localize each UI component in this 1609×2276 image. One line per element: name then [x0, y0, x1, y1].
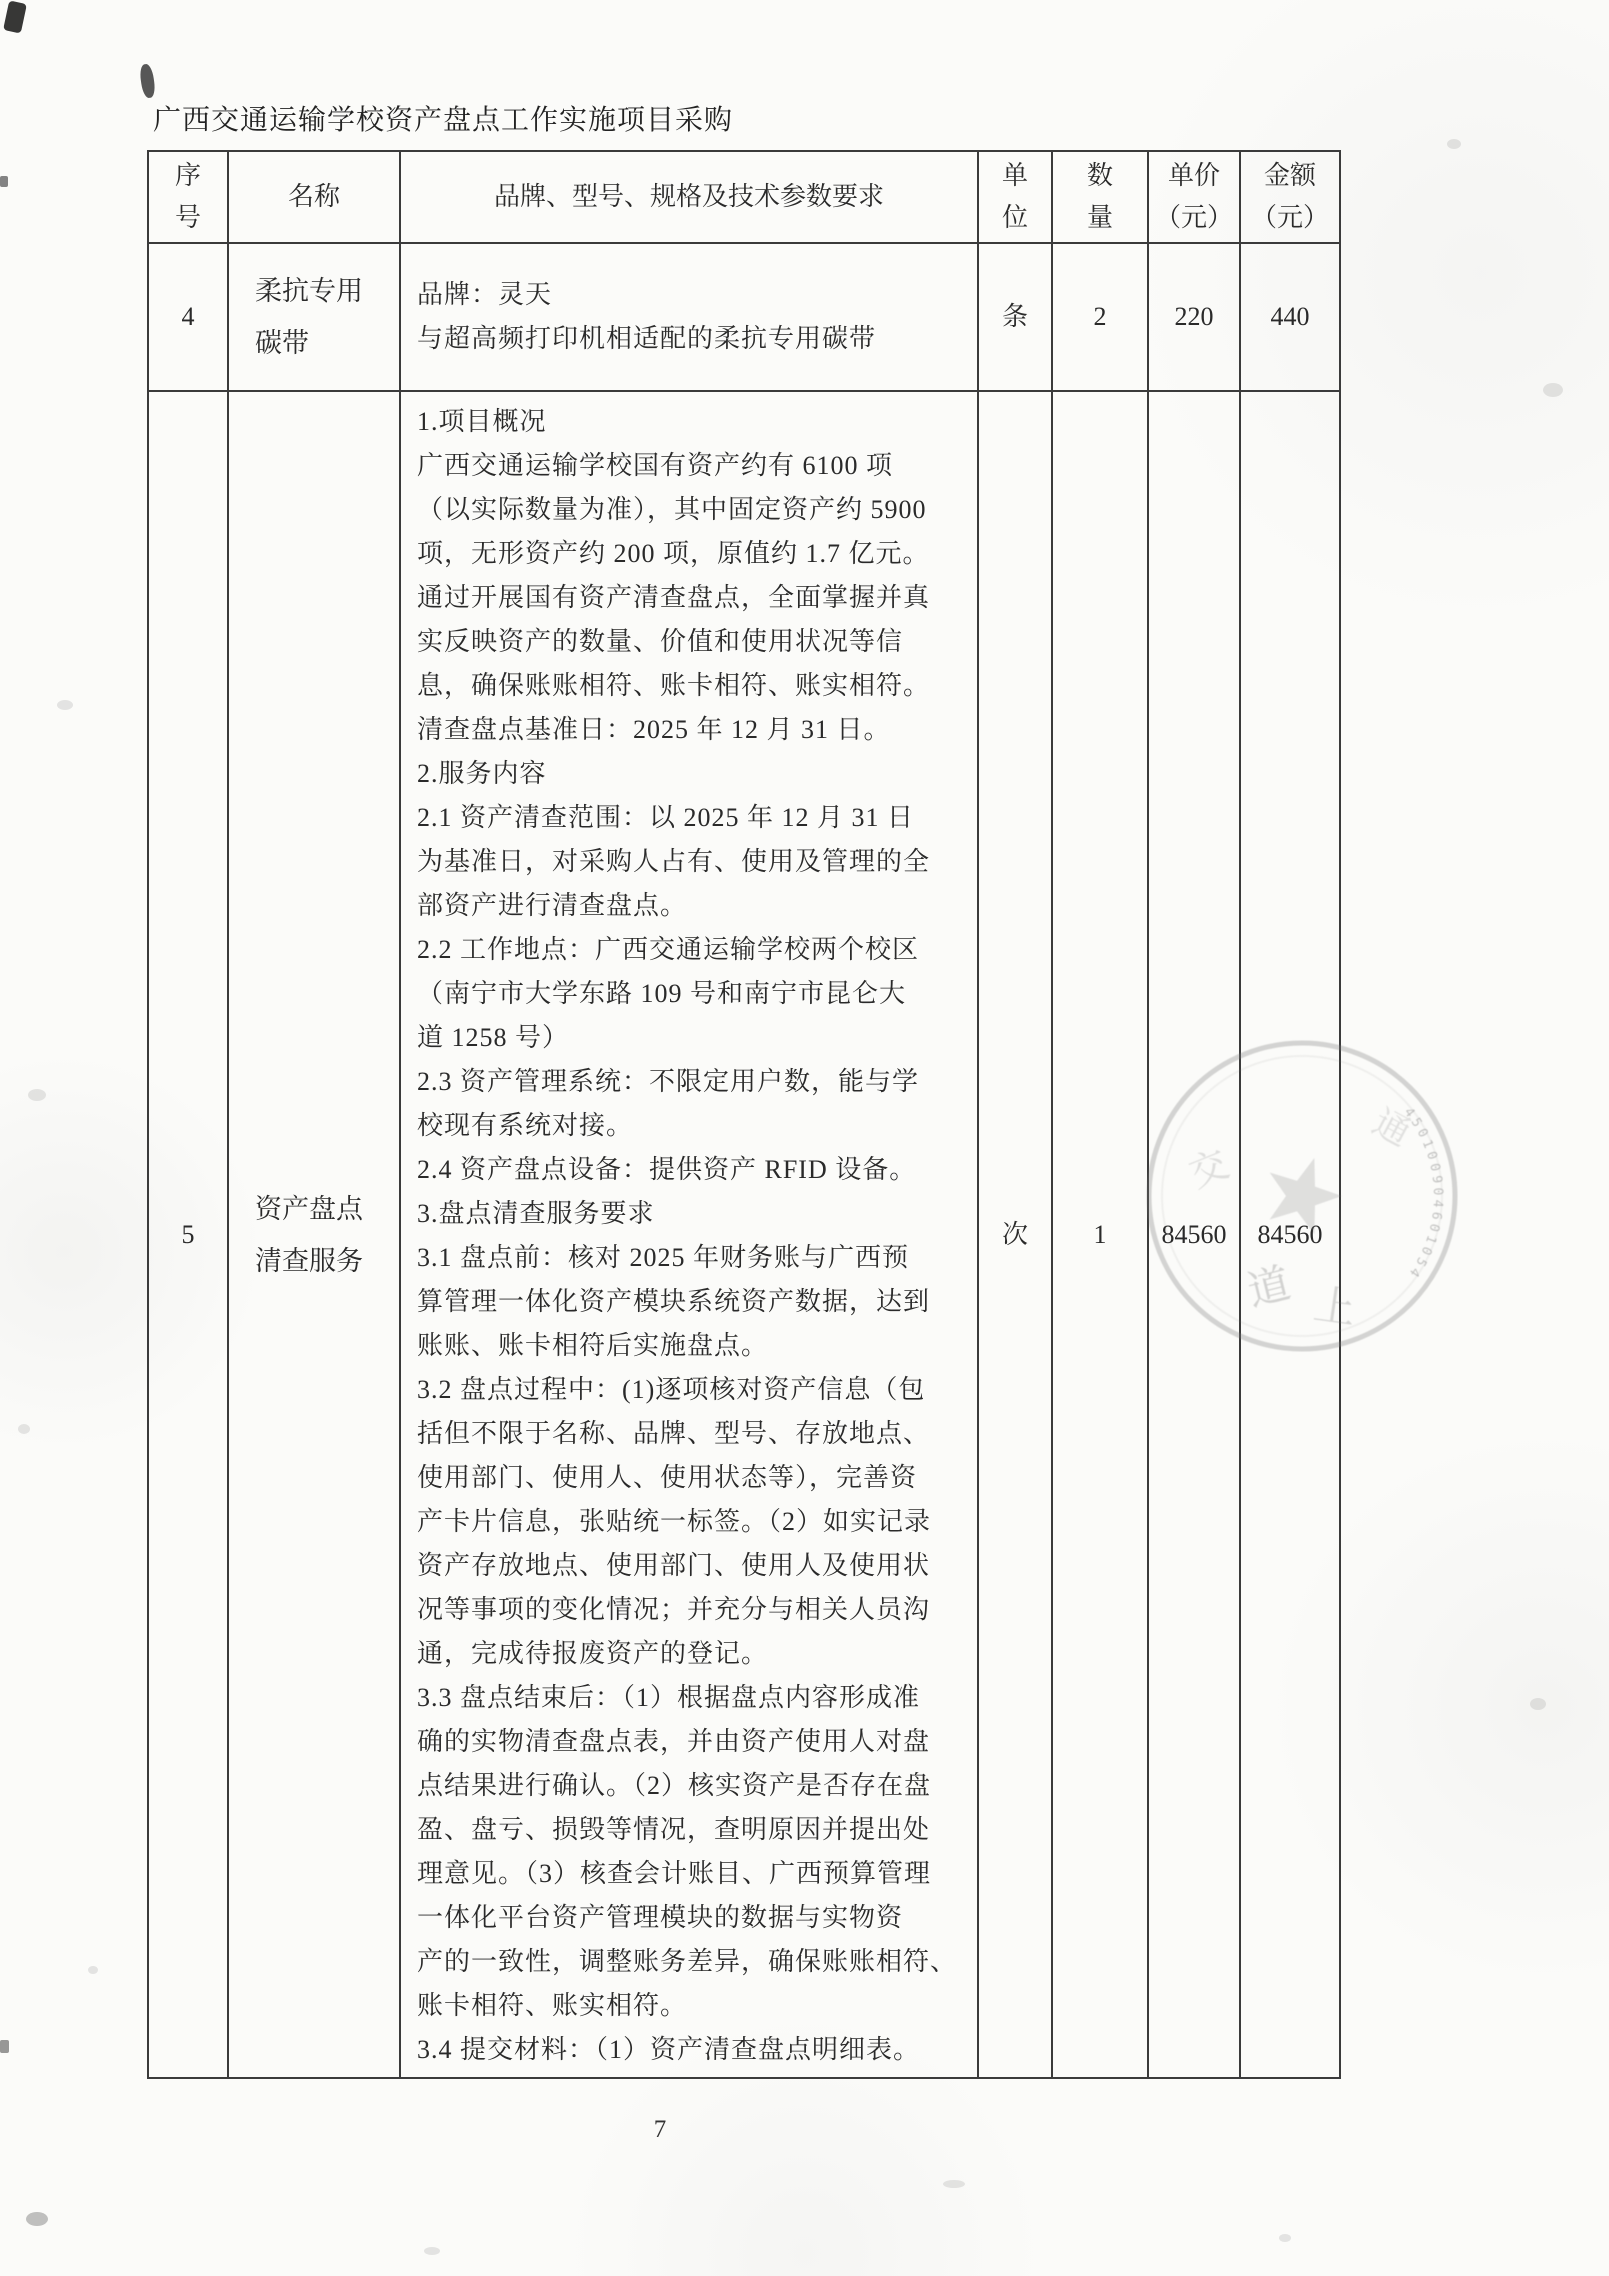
row5-amount: 84560 [1241, 392, 1339, 2077]
stamp-edge-digits: 450100904601054 [1401, 1105, 1445, 1282]
scan-artifact [3, 0, 27, 33]
row5-unit: 次 [979, 392, 1053, 2077]
row5-name: 资产盘点 清查服务 [229, 392, 401, 2077]
row4-index: 4 [149, 244, 229, 392]
scan-speck [28, 1089, 46, 1101]
header-unit-price: 单价 （元） [1149, 152, 1241, 244]
scan-speck [18, 1424, 30, 1434]
row5-unit-price: 84560 [1149, 392, 1241, 2077]
spec-table: 序 号 名称 品牌、型号、规格及技术参数要求 单 位 数 量 单价 （元） 金额… [147, 150, 1341, 2079]
scan-speck [1543, 383, 1563, 397]
scan-speck [88, 1966, 98, 1974]
scan-speck [943, 2180, 965, 2188]
row4-amount: 440 [1241, 244, 1339, 392]
row4-qty: 2 [1053, 244, 1149, 392]
svg-text:450100904601054: 450100904601054 [1401, 1105, 1445, 1282]
scanned-document-page: { "page": { "doc_title": "广西交通运输学校资产盘点工作… [0, 0, 1609, 2276]
row4-unit-price: 220 [1149, 244, 1241, 392]
scan-speck [424, 2247, 440, 2255]
header-name: 名称 [229, 152, 401, 244]
scan-speck [1530, 1698, 1546, 1710]
header-spec: 品牌、型号、规格及技术参数要求 [401, 152, 979, 244]
scan-speck [1279, 2234, 1291, 2242]
row5-index: 5 [149, 392, 229, 2077]
scan-artifact [0, 2040, 9, 2053]
header-index: 序 号 [149, 152, 229, 244]
row4-name: 柔抗专用 碳带 [229, 244, 401, 392]
scan-speck [57, 700, 73, 710]
scan-artifact [26, 2212, 48, 2226]
scan-speck [1447, 139, 1461, 149]
header-unit: 单 位 [979, 152, 1053, 244]
document-title: 广西交通运输学校资产盘点工作实施项目采购 [153, 98, 733, 138]
row4-spec: 品牌：灵天 与超高频打印机相适配的柔抗专用碳带 [401, 244, 979, 392]
scan-artifact [139, 63, 157, 98]
header-qty: 数 量 [1053, 152, 1149, 244]
row5-spec: 1.项目概况 广西交通运输学校国有资产约有 6100 项 （以实际数量为准），其… [401, 392, 979, 2077]
page-number: 7 [630, 2116, 690, 2144]
row5-qty: 1 [1053, 392, 1149, 2077]
scan-artifact [0, 176, 8, 187]
header-amount: 金额 （元） [1241, 152, 1339, 244]
stamp-char: 通 [1366, 1102, 1417, 1154]
row4-unit: 条 [979, 244, 1053, 392]
